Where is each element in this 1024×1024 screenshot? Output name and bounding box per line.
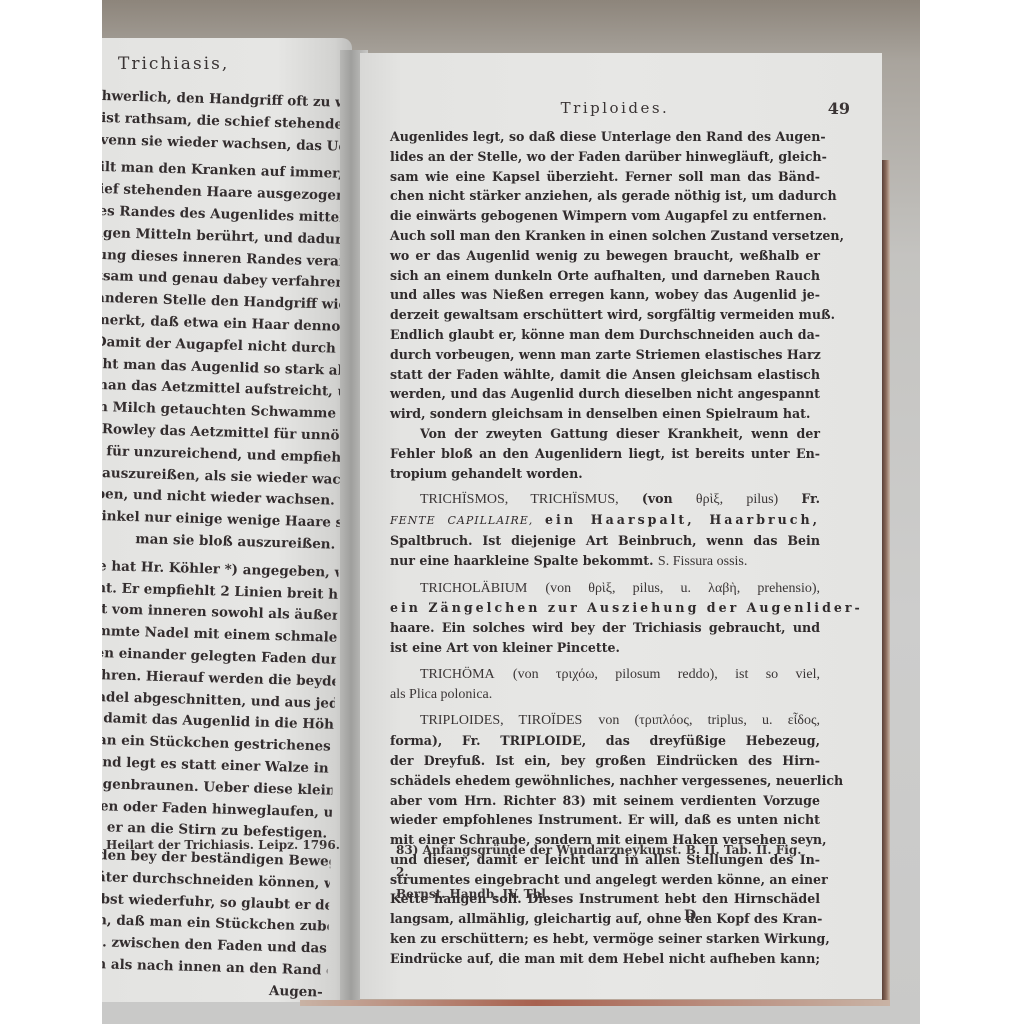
entry-trichismos: TRICHÏSMOS, TRICHÏSMUS, (von θρὶξ, pilus…: [390, 489, 820, 571]
right-page: Triploides. 49 Augenlides legt, so daß d…: [360, 53, 882, 1001]
footnote-83: 83) Anfangsgründe der Wundarzneykunst. B…: [396, 839, 816, 883]
paragraph-second-kind: Von der zweyten Gattung dieser Krankheit…: [390, 424, 820, 483]
text-line: die einwärts gebogenen Wimpern vom Augap…: [390, 206, 820, 226]
right-running-head: Triploides.: [390, 99, 830, 117]
headword: TRICHÖMA: [420, 667, 495, 682]
left-page: Trichiasis, hwerlich, den Handgriff oft …: [102, 38, 352, 1002]
text-line: Auch soll man den Kranken in einen solch…: [390, 226, 820, 246]
text-line: lides an der Stelle, wo der Faden darübe…: [390, 147, 820, 167]
text-line: sam wie eine Kapsel überzieht. Ferner so…: [390, 167, 820, 187]
text-line: Fehler bloß an den Augenlidern liegt, is…: [390, 444, 820, 464]
text-line: Von der zweyten Gattung dieser Krankheit…: [390, 424, 820, 444]
headword: TRICHOLÄBIUM: [420, 581, 527, 596]
text-line: Endlich glaubt er, könne man dem Durchsc…: [390, 325, 820, 345]
headword: TRICHÏSMOS, TRICHÏSMUS,: [420, 492, 619, 507]
text-line: tropium gehandelt worden.: [390, 464, 820, 484]
text-line: derzeit gewaltsam erschüttert wird, sorg…: [390, 305, 820, 325]
header-row: Triploides. 49: [390, 99, 830, 123]
text-line: Augenlides legt, so daß diese Unterlage …: [390, 127, 820, 147]
text-line: statt der Faden wählte, damit die Ansen …: [390, 365, 820, 385]
left-margin: [0, 0, 102, 1024]
text-line: durch vorbeugen, wenn man zarte Striemen…: [390, 345, 820, 365]
volume-reference: Bernst. Handb. IV. Thl.: [396, 887, 550, 901]
text-line: chen nicht stärker anziehen, als gerade …: [390, 186, 820, 206]
left-page-text: hwerlich, den Handgriff oft zu wieder-is…: [102, 86, 352, 1002]
left-running-head: Trichiasis,: [118, 54, 229, 74]
headword: TRIPLOIDES, TIROÏDES: [420, 713, 582, 728]
left-footnote: Heilart der Trichiasis. Leipz. 1796. 8. …: [106, 838, 352, 852]
page-number: 49: [828, 99, 850, 118]
text-line: werden, und das Augenlid durch dieselben…: [390, 384, 820, 404]
entry-tricholabium: TRICHOLÄBIUM (von θρὶξ, pilus, u. λαβὴ, …: [390, 578, 820, 658]
bottom-page-edge: [300, 1000, 890, 1006]
text-line: wird, sondern gleichsam in denselben ein…: [390, 404, 820, 424]
text-line: wo er das Augenlid wenig zu bewegen brau…: [390, 246, 820, 266]
paragraph-continuation: Augenlides legt, so daß diese Unterlage …: [390, 127, 820, 424]
text-line: und alles was Nießen erregen kann, wobey…: [390, 285, 820, 305]
text-line: sich an einem dunkeln Orte aufhalten, un…: [390, 266, 820, 286]
signature-mark: D: [684, 905, 696, 927]
right-margin: [920, 0, 1024, 1024]
footnotes: 83) Anfangsgründe der Wundarzneykunst. B…: [396, 839, 816, 905]
entry-trichoma: TRICHÖMA (von τριχόω, pilosum reddo), is…: [390, 664, 820, 705]
page-edges: [882, 160, 890, 1000]
